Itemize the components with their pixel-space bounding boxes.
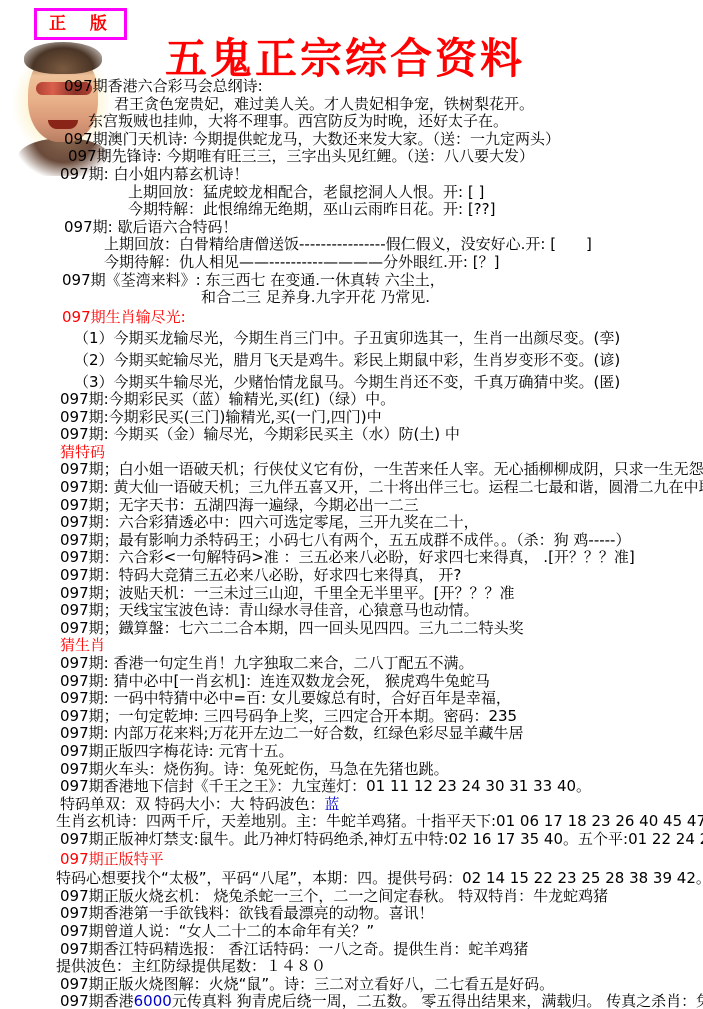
text-line: 097期: 今期买（金）输尽光，今期彩民买主（水）防(土) 中: [56, 426, 703, 444]
text-segment: 097期香港第一手欲钱料：欲钱看最漂亮的动物。喜讯！: [60, 904, 434, 922]
text-segment: 生肖玄机诗：四两千斤，天差地别。主：牛蛇羊鸡猪。十指平天下:01 06 17 1…: [56, 812, 703, 830]
text-line: 097期生肖输尽光:: [56, 309, 703, 327]
text-line: 097期：六合彩猜透必中：四六可选定零尾，三开九奖在二十，: [56, 514, 703, 532]
text-line: 097期:今期彩民买(三门)输精光,买(一门,四门)中: [56, 409, 703, 427]
text-line: 猜生肖: [56, 637, 703, 655]
text-line: 097期；最有影响力杀特码王；小码七八有两个，五五成群不成伴。。（杀：狗 鸡--…: [56, 532, 703, 550]
text-line: 097期香江特码精选报： 香江话特码：一八之奇。提供生肖：蛇羊鸡猪: [56, 941, 703, 959]
text-line: 097期正版火烧图解：火烧“鼠”。诗：三二对立看好八，二七看五是好码。: [56, 976, 703, 994]
text-segment: 上期回放：猛虎蛟龙相配合，老鼠挖洞人人恨。开: [ ]: [128, 183, 484, 201]
text-segment: 097期: 猜中必中[一肖玄机]：连连双数龙会死， 猴虎鸡牛兔蛇马: [60, 672, 490, 690]
text-line: 097期香港第一手欲钱料：欲钱看最漂亮的动物。喜讯！: [56, 905, 703, 923]
page: { "page": { "badge": "正 版", "title": "五鬼…: [0, 0, 703, 1009]
text-segment: 提供波色：主红防绿提供尾数：１４８０: [56, 957, 326, 975]
text-segment: 097期: 香港一句定生肖！九字独取二来合，二八丁配五不满。: [60, 654, 473, 672]
text-line: 097期:今期彩民买（蓝）输精光,买(红)（绿）中。: [56, 391, 703, 409]
text-line: 097期《荃湾来料》: 东三西七 在变通.一休真转 六尘土，: [56, 272, 703, 290]
text-line: （3）今期买牛输尽光，少赌怡情龙鼠马。今期生肖还不变，千真万确猜中奖。(匿): [56, 374, 703, 392]
text-segment: 097期: 黄大仙一语破天机；三九伴五喜又开，二十将出伴三七。运程二七最和谐，圆…: [60, 478, 703, 496]
text-line: 097期正版神灯禁支:鼠牛。此乃神灯特码绝杀,神灯五中特:02 16 17 35…: [56, 831, 703, 849]
text-segment: 097期正版火烧图解：火烧“鼠”。诗：三二对立看好八，二七看五是好码。: [60, 975, 554, 993]
authentic-badge: 正 版: [34, 8, 127, 40]
text-segment: 097期；白小姐一语破天机；行侠仗义它有份，一生苦来任人宰。无心插柳柳成阴，只求…: [60, 460, 703, 478]
text-segment: 097期；一句定乾坤: 三四号码争上奖，三四定合开本期。密码：235: [60, 707, 517, 725]
text-line: 097期曾道人说：“女人二十二的本命年有关？”: [56, 923, 703, 941]
text-line: 猜特码: [56, 444, 703, 462]
text-segment: 今期特解：此恨绵绵无绝期，巫山云雨昨日花。开: [??]: [128, 200, 495, 218]
text-segment: 和合二三 足养身.九字开花 乃常见.: [201, 288, 430, 306]
text-segment: 097期: 白小姐内幕玄机诗！: [60, 165, 248, 183]
text-segment: 6000: [134, 992, 172, 1009]
text-line: 097期；无字天书：五湖四海一遍绿，今期必出一二三: [56, 497, 703, 515]
page-title: 五鬼正宗综合资料: [165, 26, 525, 86]
text-segment: 蓝: [325, 795, 340, 813]
text-line: 097期；波贴天机：一三未过三山迎，千里全无半里平。[开？？？准: [56, 585, 703, 603]
text-segment: 上期回放：白骨精给唐僧送饭----------------假仁假义，没安好心.开…: [104, 235, 592, 253]
text-segment: （2）今期买蛇输尽光，腊月飞天是鸡牛。彩民上期鼠中彩，生肖岁变形不变。(谚): [74, 351, 620, 369]
text-line: 097期先锋诗: 今期唯有旺三三，三字出头见红鲤。（送：八八要大发）: [56, 148, 703, 166]
text-line: 特码单双：双 特码大小：大 特码波色：蓝: [56, 796, 703, 814]
text-segment: 097期正版四字梅花诗: 元宵十五。: [60, 742, 293, 760]
text-line: 097期火车头：烧伤狗。诗：兔死蛇伤，马急在先猪也跳。: [56, 761, 703, 779]
text-line: （1）今期买龙输尽光，今期生肖三门中。子丑寅卯选其一，生肖一出颜尽变。(孪): [56, 330, 703, 348]
content-lines: 097期香港六合彩马会总纲诗:君王贪色宠贵妃，难过美人关。才人贵妃相争宠，铁树梨…: [0, 78, 703, 1009]
text-line: 097期香港地下信封《千王之王》：九宝莲灯：01 11 12 23 24 30 …: [56, 778, 703, 796]
text-segment: 东宫叛贼也挂帅，大将不理事。西宫防反为时晚，还好太子在。: [88, 112, 508, 130]
text-segment: 097期: 今期买（金）输尽光，今期彩民买主（水）防(土) 中: [60, 425, 460, 443]
text-line: （2）今期买蛇输尽光，腊月飞天是鸡牛。彩民上期鼠中彩，生肖岁变形不变。(谚): [56, 352, 703, 370]
text-line: 097期正版火烧玄机： 烧兔杀蛇一三个，二一之间定春秋。 特双特肖：牛龙蛇鸡猪: [56, 888, 703, 906]
text-segment: 097期曾道人说：“女人二十二的本命年有关？”: [60, 922, 374, 940]
text-segment: 097期；天线宝宝波色诗：青山绿水寻佳音，心猿意马也动情。: [60, 601, 479, 619]
text-segment: 097期生肖输尽光:: [62, 308, 186, 326]
text-line: 上期回放：白骨精给唐僧送饭----------------假仁假义，没安好心.开…: [56, 236, 703, 254]
text-line: 097期；一句定乾坤: 三四号码争上奖，三四定合开本期。密码：235: [56, 708, 703, 726]
text-line: 097期；白小姐一语破天机；行侠仗义它有份，一生苦来任人宰。无心插柳柳成阴，只求…: [56, 461, 703, 479]
text-segment: 097期香江特码精选报： 香江话特码：一八之奇。提供生肖：蛇羊鸡猪: [60, 940, 528, 958]
text-line: 097期；鐡算盤：七六二二合本期，四一回头见四四。三九二二特头奖: [56, 620, 703, 638]
text-segment: 猜特码: [60, 443, 105, 461]
text-segment: 097期香港: [60, 992, 134, 1009]
text-line: 097期: 猜中必中[一肖玄机]：连连双数龙会死， 猴虎鸡牛兔蛇马: [56, 673, 703, 691]
text-segment: 097期；波贴天机：一三未过三山迎，千里全无半里平。[开？？？准: [60, 584, 515, 602]
text-segment: 097期；最有影响力杀特码王；小码七八有两个，五五成群不成伴。。（杀：狗 鸡--…: [60, 531, 630, 549]
text-segment: 097期《荃湾来料》: 东三西七 在变通.一休真转 六尘土，: [62, 271, 445, 289]
text-segment: 097期: 一码中特猜中必中=百: 女儿要嫁总有时，合好百年是幸福，: [60, 689, 511, 707]
text-line: 上期回放：猛虎蛟龙相配合，老鼠挖洞人人恨。开: [ ]: [56, 184, 703, 202]
text-line: 097期；天线宝宝波色诗：青山绿水寻佳音，心猿意马也动情。: [56, 602, 703, 620]
text-segment: 特码心想要找个“太极”，平码“八尾”，本期：四。提供号码：02 14 15 22…: [56, 869, 703, 887]
text-line: 097期：特码大竞猜三五必来八必盼，好求四七来得真， 开?: [56, 567, 703, 585]
text-segment: 097期:今期彩民买（蓝）输精光,买(红)（绿）中。: [60, 390, 395, 408]
text-line: 生肖玄机诗：四两千斤，天差地别。主：牛蛇羊鸡猪。十指平天下:01 06 17 1…: [56, 813, 703, 831]
text-segment: 097期正版火烧玄机： 烧兔杀蛇一三个，二一之间定春秋。 特双特肖：牛龙蛇鸡猪: [60, 887, 608, 905]
text-line: 097期: 黄大仙一语破天机；三九伴五喜又开，二十将出伴三七。运程二七最和谐，圆…: [56, 479, 703, 497]
text-segment: 097期：六合彩<一句解特码>准 ：三五必来八必盼，好求四七来得真， .[开？？…: [60, 548, 635, 566]
text-segment: 097期火车头：烧伤狗。诗：兔死蛇伤，马急在先猪也跳。: [60, 760, 449, 778]
text-segment: 097期:今期彩民买(三门)输精光,买(一门,四门)中: [60, 408, 382, 426]
text-line: 097期正版四字梅花诗: 元宵十五。: [56, 743, 703, 761]
text-line: 097期澳门天机诗: 今期提供蛇龙马，大数还来发大家。（送：一九定两头）: [56, 131, 703, 149]
text-segment: 特码单双：双 特码大小：大 特码波色：: [60, 795, 325, 813]
text-segment: 097期：特码大竞猜三五必来八必盼，好求四七来得真， 开?: [60, 566, 461, 584]
text-segment: 097期: 内部万花来料;万花开左边二一好合数，红绿色彩尽显羊藏牛居: [60, 724, 524, 742]
text-line: 097期香港6000元传真料 狗青虎后绕一周，二五数。 零五得出结果来，满载归。…: [56, 993, 703, 1009]
avatar-hair: [24, 42, 102, 74]
text-segment: 097期澳门天机诗: 今期提供蛇龙马，大数还来发大家。（送：一九定两头）: [64, 130, 560, 148]
text-segment: 097期: 歇后语六合特码！: [64, 218, 237, 236]
text-segment: 097期正版特平: [60, 850, 164, 868]
text-segment: 今期待解：仇人相见——----------————分外眼红.开: [？]: [104, 253, 499, 271]
text-segment: 097期香港地下信封《千王之王》：九宝莲灯：01 11 12 23 24 30 …: [60, 777, 591, 795]
text-line: 今期待解：仇人相见——----------————分外眼红.开: [？]: [56, 254, 703, 272]
text-segment: 097期先锋诗: 今期唯有旺三三，三字出头见红鲤。（送：八八要大发）: [68, 147, 534, 165]
text-segment: 097期；无字天书：五湖四海一遍绿，今期必出一二三: [60, 496, 419, 514]
text-line: 特码心想要找个“太极”，平码“八尾”，本期：四。提供号码：02 14 15 22…: [56, 870, 703, 888]
text-line: 097期: 香港一句定生肖！九字独取二来合，二八丁配五不满。: [56, 655, 703, 673]
text-line: 097期: 歇后语六合特码！: [56, 219, 703, 237]
text-line: 097期：六合彩<一句解特码>准 ：三五必来八必盼，好求四七来得真， .[开？？…: [56, 549, 703, 567]
text-segment: 097期；鐡算盤：七六二二合本期，四一回头见四四。三九二二特头奖: [60, 619, 524, 637]
text-segment: （3）今期买牛输尽光，少赌怡情龙鼠马。今期生肖还不变，千真万确猜中奖。(匿): [74, 373, 620, 391]
text-line: 097期: 一码中特猜中必中=百: 女儿要嫁总有时，合好百年是幸福，: [56, 690, 703, 708]
text-line: 东宫叛贼也挂帅，大将不理事。西宫防反为时晚，还好太子在。: [56, 113, 703, 131]
text-line: 提供波色：主红防绿提供尾数：１４８０: [56, 958, 703, 976]
text-segment: 097期：六合彩猜透必中：四六可选定零尾，三开九奖在二十，: [60, 513, 479, 531]
text-segment: （1）今期买龙输尽光，今期生肖三门中。子丑寅卯选其一，生肖一出颜尽变。(孪): [74, 329, 620, 347]
text-line: 097期: 内部万花来料;万花开左边二一好合数，红绿色彩尽显羊藏牛居: [56, 725, 703, 743]
text-segment: 元传真料 狗青虎后绕一周，二五数。 零五得出结果来，满载归。 传真之杀肖：兔: [172, 992, 703, 1009]
text-line: 君王贪色宠贵妃，难过美人关。才人贵妃相争宠，铁树梨花开。: [56, 96, 703, 114]
text-line: 097期: 白小姐内幕玄机诗！: [56, 166, 703, 184]
text-line: 今期特解：此恨绵绵无绝期，巫山云雨昨日花。开: [??]: [56, 201, 703, 219]
text-segment: 猜生肖: [60, 636, 105, 654]
text-segment: 097期正版神灯禁支:鼠牛。此乃神灯特码绝杀,神灯五中特:02 16 17 35…: [60, 830, 703, 848]
text-segment: 君王贪色宠贵妃，难过美人关。才人贵妃相争宠，铁树梨花开。: [114, 95, 534, 113]
text-line: 097期正版特平: [56, 851, 703, 869]
text-line: 和合二三 足养身.九字开花 乃常见.: [56, 289, 703, 307]
